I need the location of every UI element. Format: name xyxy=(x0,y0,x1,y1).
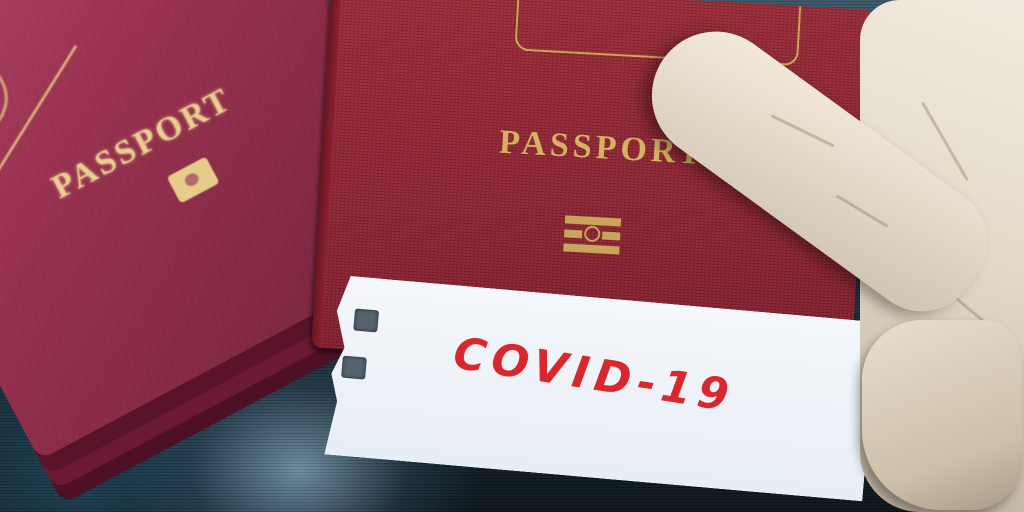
gloved-thumb xyxy=(862,320,1022,510)
biometric-chip-icon xyxy=(563,215,621,254)
photo-scene: PASSPORT PASSPORT COVID-19 xyxy=(0,0,1024,512)
punch-hole xyxy=(353,308,379,332)
punch-hole xyxy=(341,356,367,380)
covid-note-text: COVID-19 xyxy=(450,328,738,423)
